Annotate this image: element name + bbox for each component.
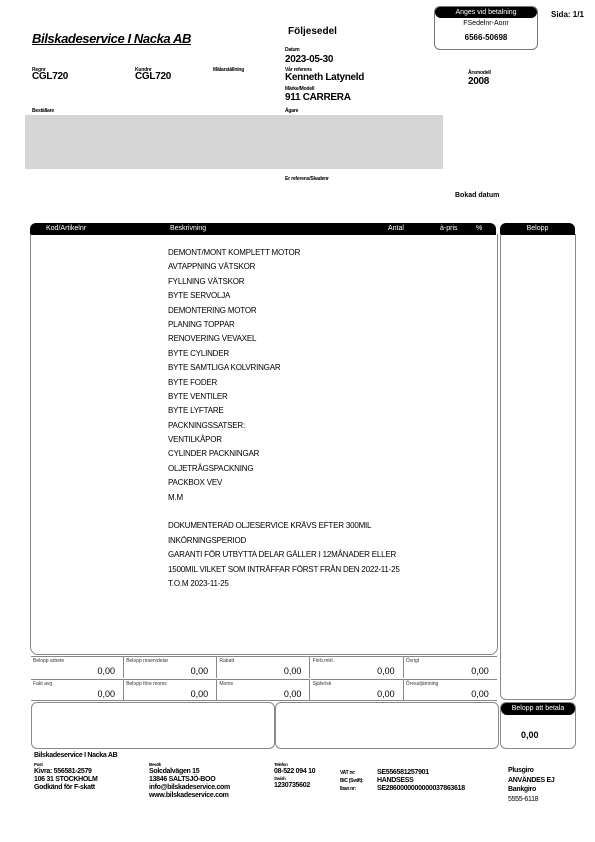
totals-label: Självrisk	[313, 681, 332, 687]
footer-bankgiro-value: 5555-6118	[508, 795, 555, 805]
footer-iban-label: Iban nr:	[340, 785, 363, 793]
description-line: BYTE LYFTARE	[168, 404, 400, 418]
footer-phone-value: 08-522 094 10	[274, 768, 315, 776]
owner-label: Ägare	[285, 108, 298, 114]
description-line: T.O.M 2023-11-25	[168, 577, 400, 591]
description-line: DEMONTERING MOTOR	[168, 304, 400, 318]
customer-address-area	[25, 115, 443, 169]
date-value: 2023-05-30	[285, 55, 333, 65]
totals-label: Rabatt	[219, 658, 234, 664]
model-year-value: 2008	[468, 77, 489, 87]
totals-cell: Förb.mtrl.0,00	[311, 657, 404, 678]
totals-cell: Fakt avg0,00	[31, 679, 124, 700]
totals-value: 0,00	[471, 689, 489, 699]
description-line: INKÖRNINGSPERIOD	[168, 534, 400, 548]
col-description: Beskrivning	[170, 225, 206, 232]
totals-value: 0,00	[191, 666, 209, 676]
footer-post-line: Kivra: 556581-2579	[34, 768, 98, 776]
description-line: PACKBOX VEV	[168, 476, 400, 490]
footer-email[interactable]: info@bilskadeservice.com	[149, 784, 230, 792]
footer-bank-labels: VAT nr: BIC (Swift): Iban nr:	[340, 769, 363, 793]
bottom-left-box	[31, 702, 275, 749]
col-percent: %	[476, 225, 482, 232]
totals-value: 0,00	[191, 689, 209, 699]
footer-company: Bilskadeservice I Nacka AB	[34, 752, 117, 760]
make-model-value: 911 CARRERA	[285, 93, 351, 103]
footer-post-line: 106 31 STOCKHOLM	[34, 776, 98, 784]
description-line: AVTAPPNING VÄTSKOR	[168, 260, 400, 274]
description-line: BYTE SERVOLJA	[168, 289, 400, 303]
document-title: Följesedel	[288, 26, 337, 37]
footer-bic-value: HANDSESS	[377, 777, 465, 785]
totals-value: 0,00	[97, 666, 115, 676]
totals-label: Öresutjämning	[406, 681, 439, 687]
description-line: RENOVERING VEVAXEL	[168, 332, 400, 346]
description-line: GARANTI FÖR UTBYTTA DELAR GÄLLER I 12MÅN…	[168, 548, 400, 562]
amount-due-label: Belopp att betala	[501, 703, 575, 715]
footer-vat-value: SE556581257901	[377, 769, 465, 777]
payment-box-label: FSedelnr-Aonr	[435, 20, 537, 27]
description-line: BYTE SAMTLIGA KOLVRINGAR	[168, 361, 400, 375]
totals-label: Övrigt	[406, 658, 419, 664]
totals-cell: Rabatt0,00	[217, 657, 310, 678]
totals-label: Belopp reservdelar	[126, 658, 168, 664]
footer-swish-value: 1230735602	[274, 782, 315, 790]
totals-value: 0,00	[377, 666, 395, 676]
our-reference-value: Kenneth Latyneld	[285, 73, 364, 83]
col-unit-price: à-pris	[440, 225, 458, 232]
footer-visit-line: 13846 SALTSJÖ-BOO	[149, 776, 230, 784]
totals-value: 0,00	[471, 666, 489, 676]
footer-vat-label: VAT nr:	[340, 769, 363, 777]
description-line: FYLLNING VÄTSKOR	[168, 275, 400, 289]
payment-box-number: 6566-50698	[435, 33, 537, 42]
date-label: Datum	[285, 47, 300, 53]
footer-bank-values: SE556581257901 HANDSESS SE28600000000000…	[377, 769, 465, 793]
odometer-label: Mätarställning	[213, 67, 244, 73]
regnr-value: CGL720	[32, 72, 68, 82]
booked-date-label: Bokad datum	[455, 192, 499, 199]
description-line: DOKUMENTERAD OLJESERVICE KRÄVS EFTER 300…	[168, 519, 400, 533]
description-line: M.M	[168, 491, 400, 505]
footer-website[interactable]: www.bilskadeservice.com	[149, 792, 230, 800]
col-quantity: Antal	[388, 225, 404, 232]
footer-iban-value: SE2860000000000037863618	[377, 785, 465, 793]
footer-bankgiro-label: Bankgiro	[508, 785, 555, 795]
description-line: BYTE VENTILER	[168, 390, 400, 404]
totals-cell: Självrisk0,00	[311, 679, 404, 700]
description-line: CYLINDER PACKNINGAR	[168, 447, 400, 461]
totals-label: Förb.mtrl.	[313, 658, 334, 664]
footer-plusgiro-value: ANVÄNDES EJ	[508, 776, 555, 786]
description-line: PACKNINGSSATSER:	[168, 419, 400, 433]
your-reference-label: Er referens/Skadenr	[285, 176, 329, 182]
footer-bic-label: BIC (Swift):	[340, 777, 363, 785]
totals-label: Belopp arbete	[33, 658, 64, 664]
payment-box-header: Anges vid betalning	[435, 7, 537, 18]
totals-value: 0,00	[284, 666, 302, 676]
totals-value: 0,00	[284, 689, 302, 699]
totals-label: Fakt avg	[33, 681, 52, 687]
totals-cell: Öresutjämning0,00	[404, 679, 497, 700]
totals-cell: Belopp arbete0,00	[31, 657, 124, 678]
amount-column	[500, 234, 576, 700]
footer-phone: Telefon 08-522 094 10 Swish 1230735602	[274, 762, 315, 790]
description-lines: DEMONT/MONT KOMPLETT MOTORAVTAPPNING VÄT…	[168, 246, 400, 591]
company-name: Bilskadeservice I Nacka AB	[32, 31, 191, 46]
description-line: OLJETRÅGSPACKNING	[168, 462, 400, 476]
description-line: 1500MIL VILKET SOM INTRÄFFAR FÖRST FRÅN …	[168, 563, 400, 577]
totals-cell: Belopp före moms0,00	[124, 679, 217, 700]
totals-value: 0,00	[97, 689, 115, 699]
page-number: Sida: 1/1	[551, 10, 584, 19]
payment-reference-box: Anges vid betalning FSedelnr-Aonr 6566-5…	[434, 6, 538, 50]
totals-cell: Moms0,00	[217, 679, 310, 700]
description-line: BYTE FODER	[168, 376, 400, 390]
totals-cell: Övrigt0,00	[404, 657, 497, 678]
description-line	[168, 505, 400, 519]
bottom-middle-box	[275, 702, 499, 749]
description-line: VENTILKÅPOR	[168, 433, 400, 447]
description-line: BYTE CYLINDER	[168, 347, 400, 361]
footer-visit: Besök Solcdalvägen 15 13846 SALTSJÖ-BOO …	[149, 762, 230, 800]
amount-due-box: Belopp att betala 0,00	[500, 702, 576, 749]
totals-value: 0,00	[377, 689, 395, 699]
totals-label: Moms	[219, 681, 233, 687]
description-line: DEMONT/MONT KOMPLETT MOTOR	[168, 246, 400, 260]
totals-cell: Belopp reservdelar0,00	[124, 657, 217, 678]
description-line: PLANING TOPPAR	[168, 318, 400, 332]
col-code: Kod/Artikelnr	[46, 225, 86, 232]
totals-label: Belopp före moms	[126, 681, 167, 687]
totals-grid: Belopp arbete0,00Belopp reservdelar0,00R…	[31, 656, 497, 701]
footer-post: Post Kivra: 556581-2579 106 31 STOCKHOLM…	[34, 762, 98, 792]
kundnr-value: CGL720	[135, 72, 171, 82]
amount-due-value: 0,00	[521, 730, 539, 740]
footer-post-line: Godkänd för F-skatt	[34, 784, 98, 792]
footer-plusgiro-label: Plusgiro	[508, 766, 555, 776]
footer-giro: Plusgiro ANVÄNDES EJ Bankgiro 5555-6118	[508, 766, 555, 804]
orderer-label: Beställare	[32, 108, 54, 114]
footer-visit-line: Solcdalvägen 15	[149, 768, 230, 776]
